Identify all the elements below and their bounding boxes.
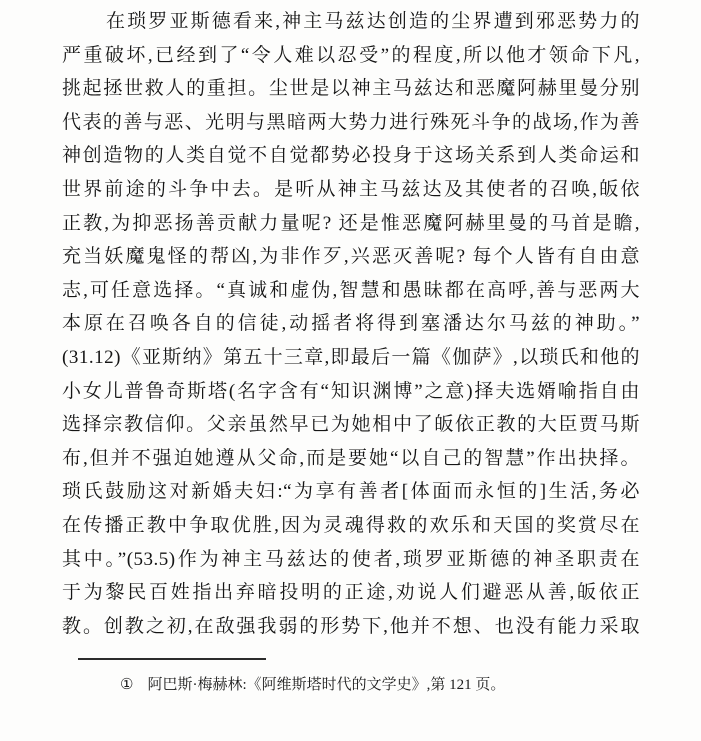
body-text-line: 正教,为抑恶扬善贡献力量呢? 还是惟恶魔阿赫里曼的马首是瞻, bbox=[62, 207, 640, 241]
footnote-text: 阿巴斯·梅赫林:《阿维斯塔时代的文学史》,第 121 页。 bbox=[147, 672, 505, 698]
body-text-line: 志,可任意选择。“真诚和虚伪,智慧和愚昧都在高呼,善与恶两大 bbox=[62, 274, 640, 308]
body-text-line: 神创造物的人类自觉不自觉都势必投身于这场关系到人类命运和 bbox=[62, 139, 640, 173]
body-text-line: (31.12)《亚斯纳》第五十三章,即最后一篇《伽萨》,以琐氏和他的 bbox=[62, 341, 640, 375]
body-text-line: 在琐罗亚斯德看来,神主马兹达创造的尘界遭到邪恶势力的 bbox=[62, 5, 640, 39]
body-text-line: 本原在召唤各自的信徒,动摇者将得到塞潘达尔马兹的神助。” bbox=[62, 307, 640, 341]
footnote-divider bbox=[78, 658, 266, 660]
body-text-line: 其中。”(53.5)作为神主马兹达的使者,琐罗亚斯德的神圣职责在 bbox=[62, 543, 640, 577]
body-text-line: 充当妖魔鬼怪的帮凶,为非作歹,兴恶灭善呢? 每个人皆有自由意 bbox=[62, 240, 640, 274]
body-text-line: 布,但并不强迫她遵从父命,而是要她“以自己的智慧”作出抉择。 bbox=[62, 442, 640, 476]
body-text-line: 小女儿普鲁奇斯塔(名字含有“知识渊博”之意)择夫选婿喻指自由 bbox=[62, 375, 640, 409]
body-text-line: 世界前途的斗争中去。是听从神主马兹达及其使者的召唤,皈依 bbox=[62, 173, 640, 207]
body-text-line: 在传播正教中争取优胜,因为灵魂得救的欢乐和天国的奖赏尽在 bbox=[62, 509, 640, 543]
body-text-line: 选择宗教信仰。父亲虽然早已为她相中了皈依正教的大臣贾马斯 bbox=[62, 408, 640, 442]
footnote-marker: ① bbox=[120, 672, 133, 698]
body-text-line: 代表的善与恶、光明与黑暗两大势力进行殊死斗争的战场,作为善 bbox=[62, 106, 640, 140]
body-text-line: 严重破坏,已经到了“令人难以忍受”的程度,所以他才领命下凡, bbox=[62, 39, 640, 73]
body-text-block: 在琐罗亚斯德看来,神主马兹达创造的尘界遭到邪恶势力的 严重破坏,已经到了“令人难… bbox=[62, 5, 640, 643]
body-text-line: 教。创教之初,在敌强我弱的形势下,他并不想、也没有能力采取 bbox=[62, 610, 640, 644]
footnote: ① 阿巴斯·梅赫林:《阿维斯塔时代的文学史》,第 121 页。 bbox=[120, 672, 640, 698]
body-text-line: 挑起拯世救人的重担。尘世是以神主马兹达和恶魔阿赫里曼分别 bbox=[62, 72, 640, 106]
body-text-line: 于为黎民百姓指出弃暗投明的正途,劝说人们避恶从善,皈依正 bbox=[62, 576, 640, 610]
body-text-line: 琐氏鼓励这对新婚夫妇:“为享有善者[体面而永恒的]生活,务必 bbox=[62, 475, 640, 509]
book-page: 在琐罗亚斯德看来,神主马兹达创造的尘界遭到邪恶势力的 严重破坏,已经到了“令人难… bbox=[0, 0, 701, 741]
